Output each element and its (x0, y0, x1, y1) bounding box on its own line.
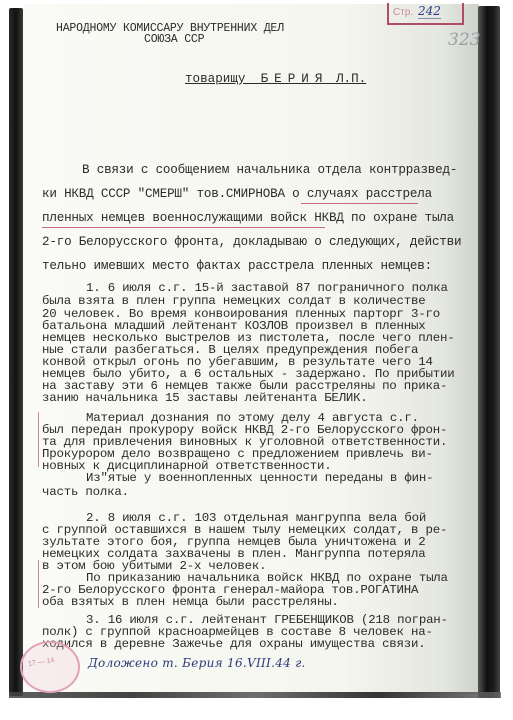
followup-line: часть полка. (42, 486, 129, 499)
scan-border-right (478, 6, 500, 698)
archive-stamp-label: Стр. (393, 7, 413, 18)
item2-line: оба взятых в плен немца были расстреляны… (42, 596, 339, 609)
scan-border-bottom (9, 692, 501, 698)
addressee-prefix: товарищу (185, 72, 245, 86)
archive-stamp-value: 242 (418, 4, 441, 19)
intro-line: тельно имевших место фактах расстрела пл… (42, 254, 432, 279)
red-margin-mark (38, 412, 39, 467)
archive-page-stamp: Стр. 242 (387, 3, 464, 25)
red-margin-mark (38, 560, 39, 608)
item3-line: ходился в деревне Зажечье для охраны иму… (42, 638, 426, 651)
intro-line: 2-го Белорусского фронта, докладываю о с… (42, 230, 461, 255)
addressee: товарищу БЕРИЯ Л.П. (185, 72, 366, 86)
followup-line: Из"ятые у военнопленных ценности передан… (86, 472, 433, 485)
document-photo: Стр. 242 323 НАРОДНОМУ КОМИССАРУ ВНУТРЕН… (0, 0, 513, 720)
item1-line: была взята в плен группа немецких солдат… (42, 295, 426, 308)
item1-line: 1. 6 июля с.г. 15-й заставой 87 погранич… (86, 282, 448, 295)
handwritten-note: Доложено т. Берия 16.VIII.44 г. (88, 656, 306, 670)
addressee-initials: Л.П. (336, 72, 366, 86)
page-number: 323 (448, 30, 480, 50)
red-underline (42, 227, 325, 228)
registration-stamp: 17 — 14 (20, 641, 80, 693)
header-line-2: СОЮЗА ССР (144, 33, 204, 46)
stamp-text: 17 — 14 (28, 657, 55, 668)
intro-line: В связи с сообщением начальника отдела к… (82, 158, 457, 183)
addressee-surname: БЕРИЯ (261, 72, 329, 86)
item1-line: занию начальника 15 заставы лейтенанта Б… (42, 392, 368, 405)
scan-border-left (9, 8, 23, 696)
red-underline (301, 203, 418, 204)
